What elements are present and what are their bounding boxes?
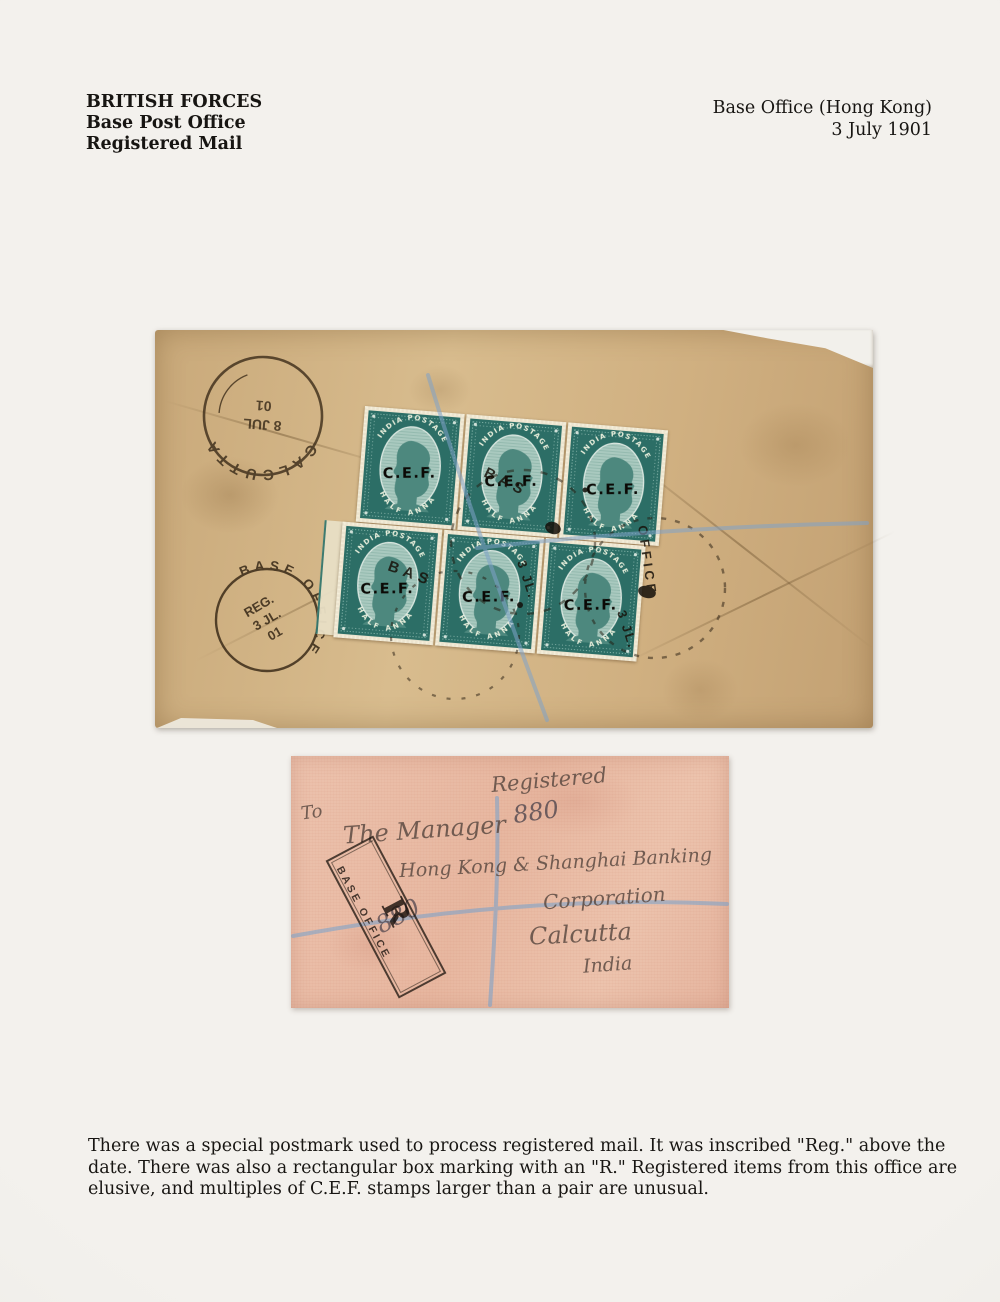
exhibit-title-line1: BRITISH FORCES	[86, 92, 262, 113]
exhibit-date-block: Base Office (Hong Kong) 3 July 1901	[713, 97, 932, 141]
exhibit-office-line: Base Office (Hong Kong)	[713, 97, 932, 119]
address-panel: Registered 880 To The Manager Hong Kong …	[291, 756, 729, 1008]
handwriting-to: To	[300, 801, 324, 825]
envelope-back: CALCUTTA 8 JUL 01 BASE OFFICE REG. 3 JL.…	[155, 330, 873, 728]
exhibit-date-line: 3 July 1901	[713, 119, 932, 141]
handwriting-country: India	[582, 952, 633, 977]
exhibit-caption: There was a special postmark used to pro…	[88, 1136, 960, 1201]
exhibit-title-line2: Base Post Office	[86, 113, 262, 134]
handwriting-city: Calcutta	[528, 917, 632, 950]
exhibit-title-line3: Registered Mail	[86, 134, 262, 155]
exhibit-title-block: BRITISH FORCES Base Post Office Register…	[86, 92, 262, 155]
blue-crayon-lines	[155, 330, 873, 728]
